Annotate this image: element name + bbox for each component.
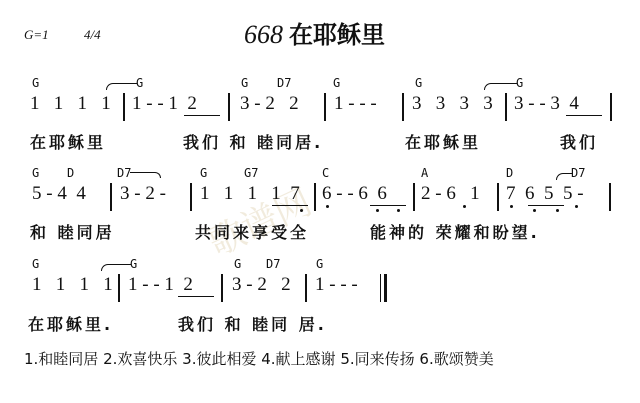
measure: 1 1 1 1 7	[200, 183, 300, 205]
page-title: 668在耶稣里	[244, 15, 385, 50]
tie	[106, 83, 137, 90]
measure: 3 - 2 2	[240, 93, 299, 115]
beam	[370, 205, 406, 206]
time-signature: 4/4	[84, 27, 101, 43]
tie	[556, 173, 573, 180]
barline	[314, 183, 316, 211]
barline	[305, 274, 307, 302]
chord: G	[136, 76, 143, 90]
final-barline-thin	[380, 274, 381, 302]
beam	[184, 115, 220, 116]
chord: D7	[266, 257, 280, 271]
chord: D7	[571, 166, 585, 180]
measure: 1 - - 1 2	[128, 274, 193, 296]
chord: G	[200, 166, 207, 180]
measure: 1 - - 1 2	[132, 93, 197, 115]
chord: G	[32, 76, 39, 90]
measure: 2 - 6 1	[421, 183, 480, 205]
lower-octave-dot	[300, 209, 303, 212]
beam	[272, 205, 308, 206]
beam	[178, 296, 214, 297]
measure: 5 - 4 4	[32, 183, 86, 205]
measure: 6 - - 6 6	[322, 183, 387, 205]
chord: G	[32, 257, 39, 271]
chord: G	[415, 76, 422, 90]
chord: G	[241, 76, 248, 90]
measure: 3 3 3 3	[412, 93, 493, 115]
chord: G	[234, 257, 241, 271]
chord: G7	[244, 166, 258, 180]
lyric: 我们 和 睦同 居.	[178, 312, 327, 335]
final-barline-thick	[384, 274, 387, 302]
chord: G	[32, 166, 39, 180]
chord: G	[130, 257, 137, 271]
measure: 3 - 2 -	[120, 183, 166, 205]
barline	[110, 183, 112, 211]
chord: D7	[277, 76, 291, 90]
chord: G	[316, 257, 323, 271]
barline	[402, 93, 404, 121]
measure: 7 6 5 5 -	[506, 183, 584, 205]
lyric: 我们 和 睦同居.	[183, 130, 323, 153]
tie	[101, 264, 131, 271]
barline	[190, 183, 192, 211]
beam	[566, 115, 602, 116]
lower-octave-dot	[510, 205, 513, 208]
barline	[221, 274, 223, 302]
barline	[610, 93, 612, 121]
chord: G	[333, 76, 340, 90]
measure: 1 - - -	[334, 93, 377, 115]
chord: D	[67, 166, 74, 180]
beam	[528, 205, 564, 206]
barline	[497, 183, 499, 211]
hymn-title: 在耶稣里	[289, 21, 385, 49]
barline	[228, 93, 230, 121]
lower-octave-dot	[397, 209, 400, 212]
lyric: 在耶稣里.	[28, 312, 113, 335]
lyric: 在耶稣里	[30, 130, 106, 153]
key-signature: G=1	[24, 27, 49, 43]
lower-octave-dot	[463, 205, 466, 208]
lower-octave-dot	[556, 209, 559, 212]
measure: 1 1 1 1	[30, 93, 111, 115]
barline	[609, 183, 611, 211]
barline	[123, 93, 125, 121]
tie	[130, 172, 161, 178]
measure: 1 1 1 1	[32, 274, 113, 296]
barline	[324, 93, 326, 121]
lyric: 能神的 荣耀和盼望.	[370, 220, 540, 243]
tie	[484, 83, 517, 90]
lower-octave-dot	[376, 209, 379, 212]
lyric: 在耶稣里	[405, 130, 481, 153]
verse-list: 1.和睦同居 2.欢喜快乐 3.彼此相爱 4.献上感谢 5.同来传扬 6.歌颂赞…	[24, 348, 494, 369]
chord: C	[322, 166, 329, 180]
barline	[505, 93, 507, 121]
measure: 3 - 2 2	[232, 274, 291, 296]
lower-octave-dot	[533, 209, 536, 212]
lyric: 和 睦同居	[30, 220, 115, 243]
measure: 3 - - 3 4	[514, 93, 579, 115]
barline	[413, 183, 415, 211]
lower-octave-dot	[575, 205, 578, 208]
chord: A	[421, 166, 428, 180]
hymn-number: 668	[244, 20, 283, 49]
measure: 1 - - -	[315, 274, 358, 296]
lower-octave-dot	[326, 205, 329, 208]
chord: G	[516, 76, 523, 90]
lyric: 我们	[560, 130, 598, 153]
lyric: 共同来享受全	[195, 220, 309, 243]
chord: D	[506, 166, 513, 180]
barline	[118, 274, 120, 302]
